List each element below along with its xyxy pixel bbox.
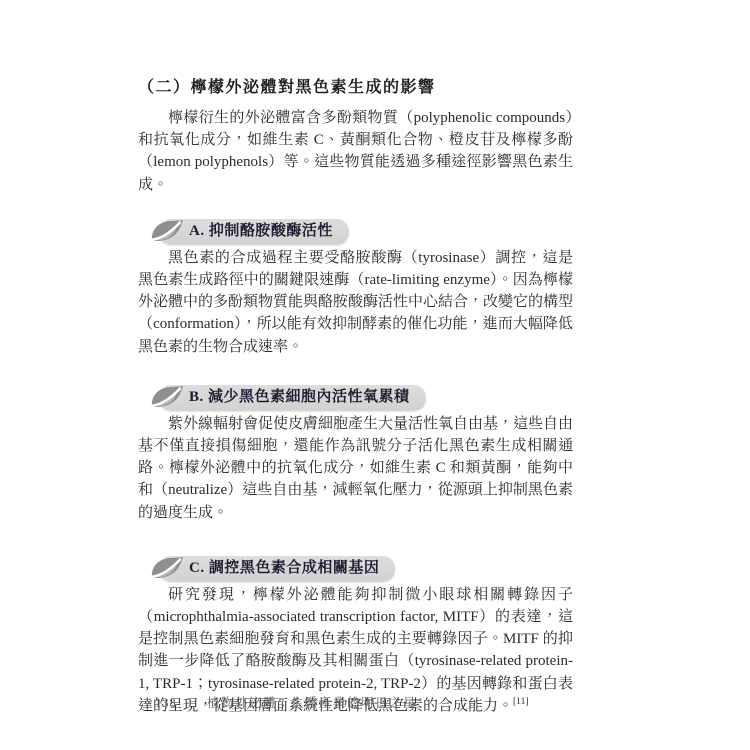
page-footer: 138 植物外泌體：生醫產業的明日之星 bbox=[155, 693, 417, 711]
subsection-b-header: B. 減少黑色素細胞內活性氧累積 bbox=[152, 385, 573, 410]
subsection-c-header: C. 調控黑色素合成相關基因 bbox=[152, 556, 573, 581]
book-title: 植物外泌體：生醫產業的明日之星 bbox=[207, 696, 417, 710]
leaf-icon bbox=[150, 556, 184, 580]
page-number: 138 bbox=[155, 696, 177, 710]
subsection-a-header: A. 抑制酪胺酸酶活性 bbox=[152, 219, 573, 244]
subsection-c-label: C. 調控黑色素合成相關基因 bbox=[159, 556, 395, 581]
intro-paragraph: 檸檬衍生的外泌體富含多酚類物質（polyphenolic compounds）和… bbox=[138, 107, 573, 196]
subsection-a: A. 抑制酪胺酸酶活性 黑色素的合成過程主要受酪胺酸酶（tyrosinase）調… bbox=[138, 219, 573, 358]
subsection-b-body: 紫外線輻射會促使皮膚細胞產生大量活性氧自由基，這些自由基不僅直接損傷細胞，還能作… bbox=[138, 413, 573, 524]
footnote-ref: [11] bbox=[513, 697, 528, 707]
subsection-a-label: A. 抑制酪胺酸酶活性 bbox=[159, 219, 349, 244]
subsection-b-label: B. 減少黑色素細胞內活性氧累積 bbox=[159, 385, 426, 410]
leaf-icon bbox=[150, 219, 184, 243]
subsection-b: B. 減少黑色素細胞內活性氧累積 紫外線輻射會促使皮膚細胞產生大量活性氧自由基，… bbox=[138, 385, 573, 524]
page-title: （二）檸檬外泌體對黑色素生成的影響 bbox=[138, 78, 573, 98]
subsection-a-body: 黑色素的合成過程主要受酪胺酸酶（tyrosinase）調控，這是黑色素生成路徑中… bbox=[138, 247, 573, 358]
leaf-icon bbox=[150, 385, 184, 409]
book-page: （二）檸檬外泌體對黑色素生成的影響 檸檬衍生的外泌體富含多酚類物質（polyph… bbox=[0, 0, 750, 750]
